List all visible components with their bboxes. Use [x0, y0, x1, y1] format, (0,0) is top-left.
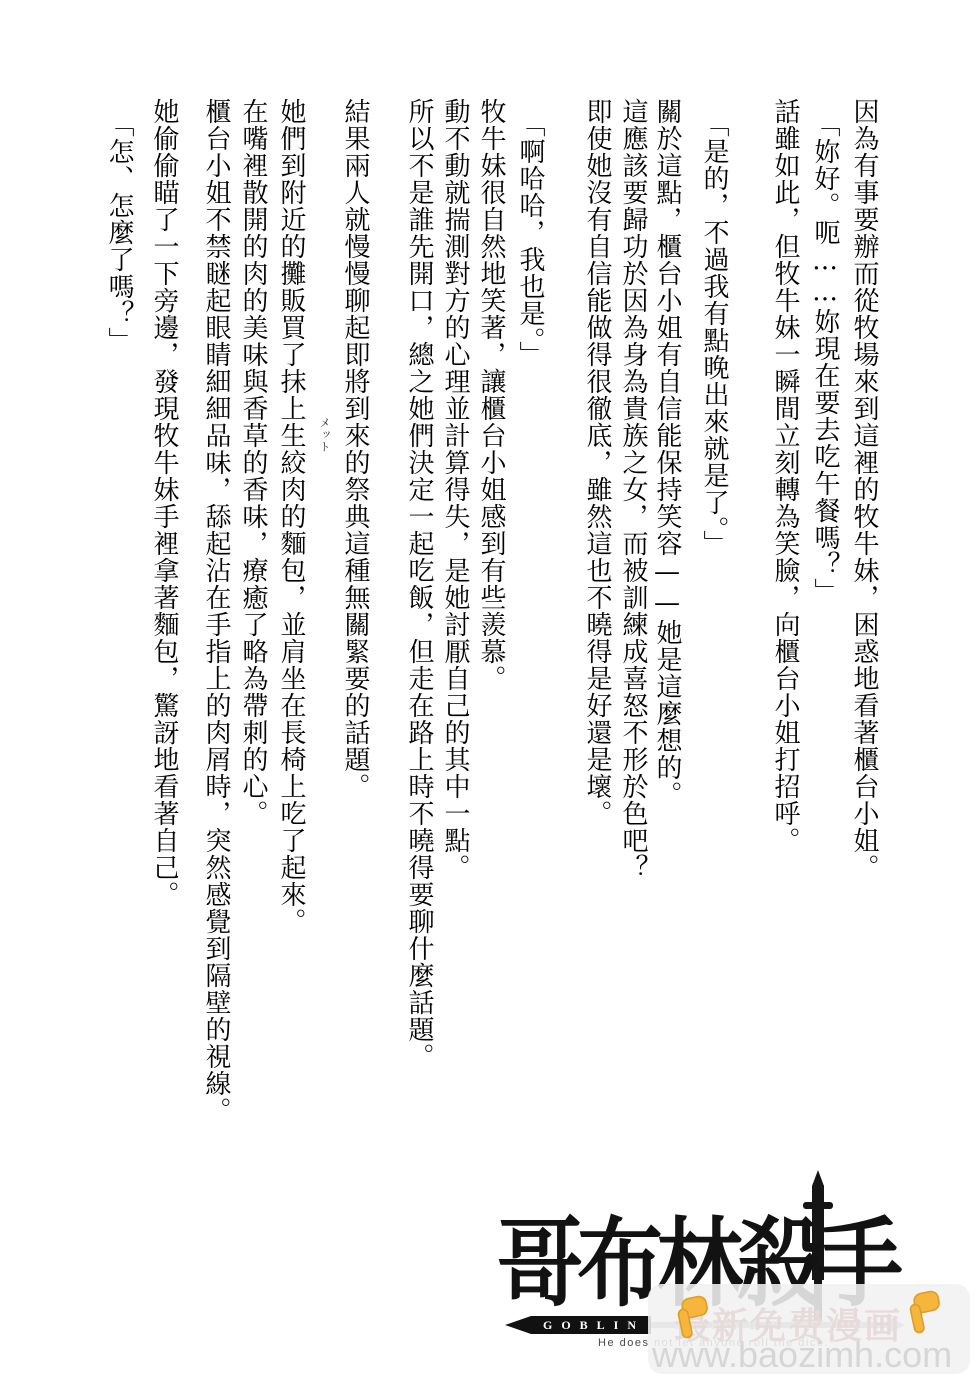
banner-left-point-icon: [505, 1316, 531, 1334]
novel-paragraph: 關於這點，櫃台小姐有自信能保持笑容——她是這麼想的。: [652, 98, 682, 808]
novel-paragraph: 話雖如此，但牧牛妹一瞬間立刻轉為笑臉，向櫃台小姐打招呼。: [770, 98, 800, 854]
novel-paragraph: 這應該要歸功於因為身為貴族之女，而被訓練成喜怒不形於色吧？: [618, 98, 648, 881]
ruby-annotation: メット: [316, 417, 332, 453]
novel-paragraph: 「啊哈哈，我也是。」: [515, 111, 545, 368]
novel-paragraph: 「怎、怎麼了嗎？」: [104, 111, 134, 354]
pointing-hand-icon: [674, 1293, 712, 1341]
novel-page: 因為有事要辦而從牧場來到這裡的牧牛妹，困惑地看著櫃台小姐。「妳好。呃……妳現在要…: [0, 0, 980, 1395]
novel-paragraph: 她偷偷瞄了一下旁邊，發現牧牛妹手裡拿著麵包，驚訝地看著自己。: [149, 98, 179, 908]
novel-paragraph: 動不動就揣測對方的心理並計算得失，是她討厭自己的其中一點。: [440, 98, 470, 881]
novel-paragraph: 牧牛妹很自然地笑著，讓櫃台小姐感到有些羨慕。: [476, 98, 506, 692]
novel-paragraph: 「是的，不過我有點晚出來就是了。」: [699, 111, 729, 557]
logo-goblin-text: GOBLIN: [531, 1316, 651, 1334]
novel-paragraph: 因為有事要辦而從牧場來到這裡的牧牛妹，困惑地看著櫃台小姐。: [849, 98, 879, 881]
pointing-hand-icon: [906, 1288, 944, 1336]
novel-paragraph: 結果兩人就慢慢聊起即將到來的祭典這種無關緊要的話題。: [340, 98, 370, 800]
novel-paragraph: 櫃台小姐不禁瞇起眼睛細細品味，舔起沾在手指上的肉屑時，突然感覺到隔壁的視線。: [201, 98, 231, 1124]
novel-paragraph: 「妳好。呃……妳現在要去吃午餐嗎？」: [810, 111, 840, 605]
novel-paragraph: 她們到附近的攤販買了抹上生絞肉的麵包，並肩坐在長椅上吃了起來。: [276, 98, 306, 935]
novel-paragraph: 所以不是誰先開口，總之她們決定一起吃飯，但走在路上時不曉得要聊什麼話題。: [404, 98, 434, 1070]
novel-paragraph: 即使她沒有自信能做得很徹底，雖然這也不曉得是好還是壞。: [582, 98, 612, 827]
novel-paragraph: 在嘴裡散開的肉的美味與香草的香味，療癒了略為帶刺的心。: [238, 98, 268, 827]
